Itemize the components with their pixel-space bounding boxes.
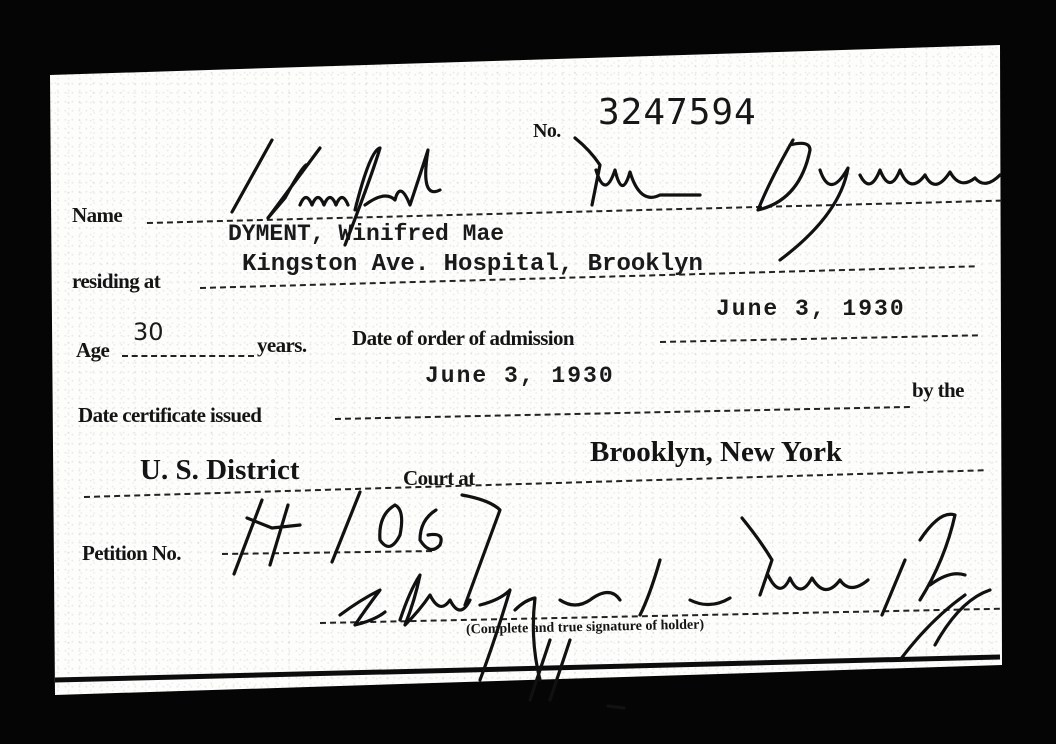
petition-label: Petition No. [82, 541, 181, 566]
court-name: U. S. District [140, 454, 299, 487]
residing-typed-value: Kingston Ave. Hospital, Brooklyn [242, 251, 703, 278]
age-value: 30 [133, 318, 164, 346]
by-the-label: by the [912, 378, 964, 403]
court-location: Brooklyn, New York [590, 436, 842, 469]
name-typed-value: DYMENT, Winifred Mae [228, 221, 504, 247]
age-line [122, 355, 254, 357]
admission-label: Date of order of admission [352, 326, 574, 351]
certificate-number: 3247594 [598, 92, 757, 133]
age-label: Age [76, 338, 109, 363]
admission-date-value: June 3, 1930 [716, 296, 906, 322]
certificate-issued-label: Date certificate issued [78, 403, 261, 428]
name-label: Name [72, 203, 122, 228]
certificate-issued-value: June 3, 1930 [425, 363, 615, 389]
residing-label: residing at [72, 269, 160, 294]
number-label: No. [533, 120, 561, 143]
years-label: years. [257, 333, 306, 358]
